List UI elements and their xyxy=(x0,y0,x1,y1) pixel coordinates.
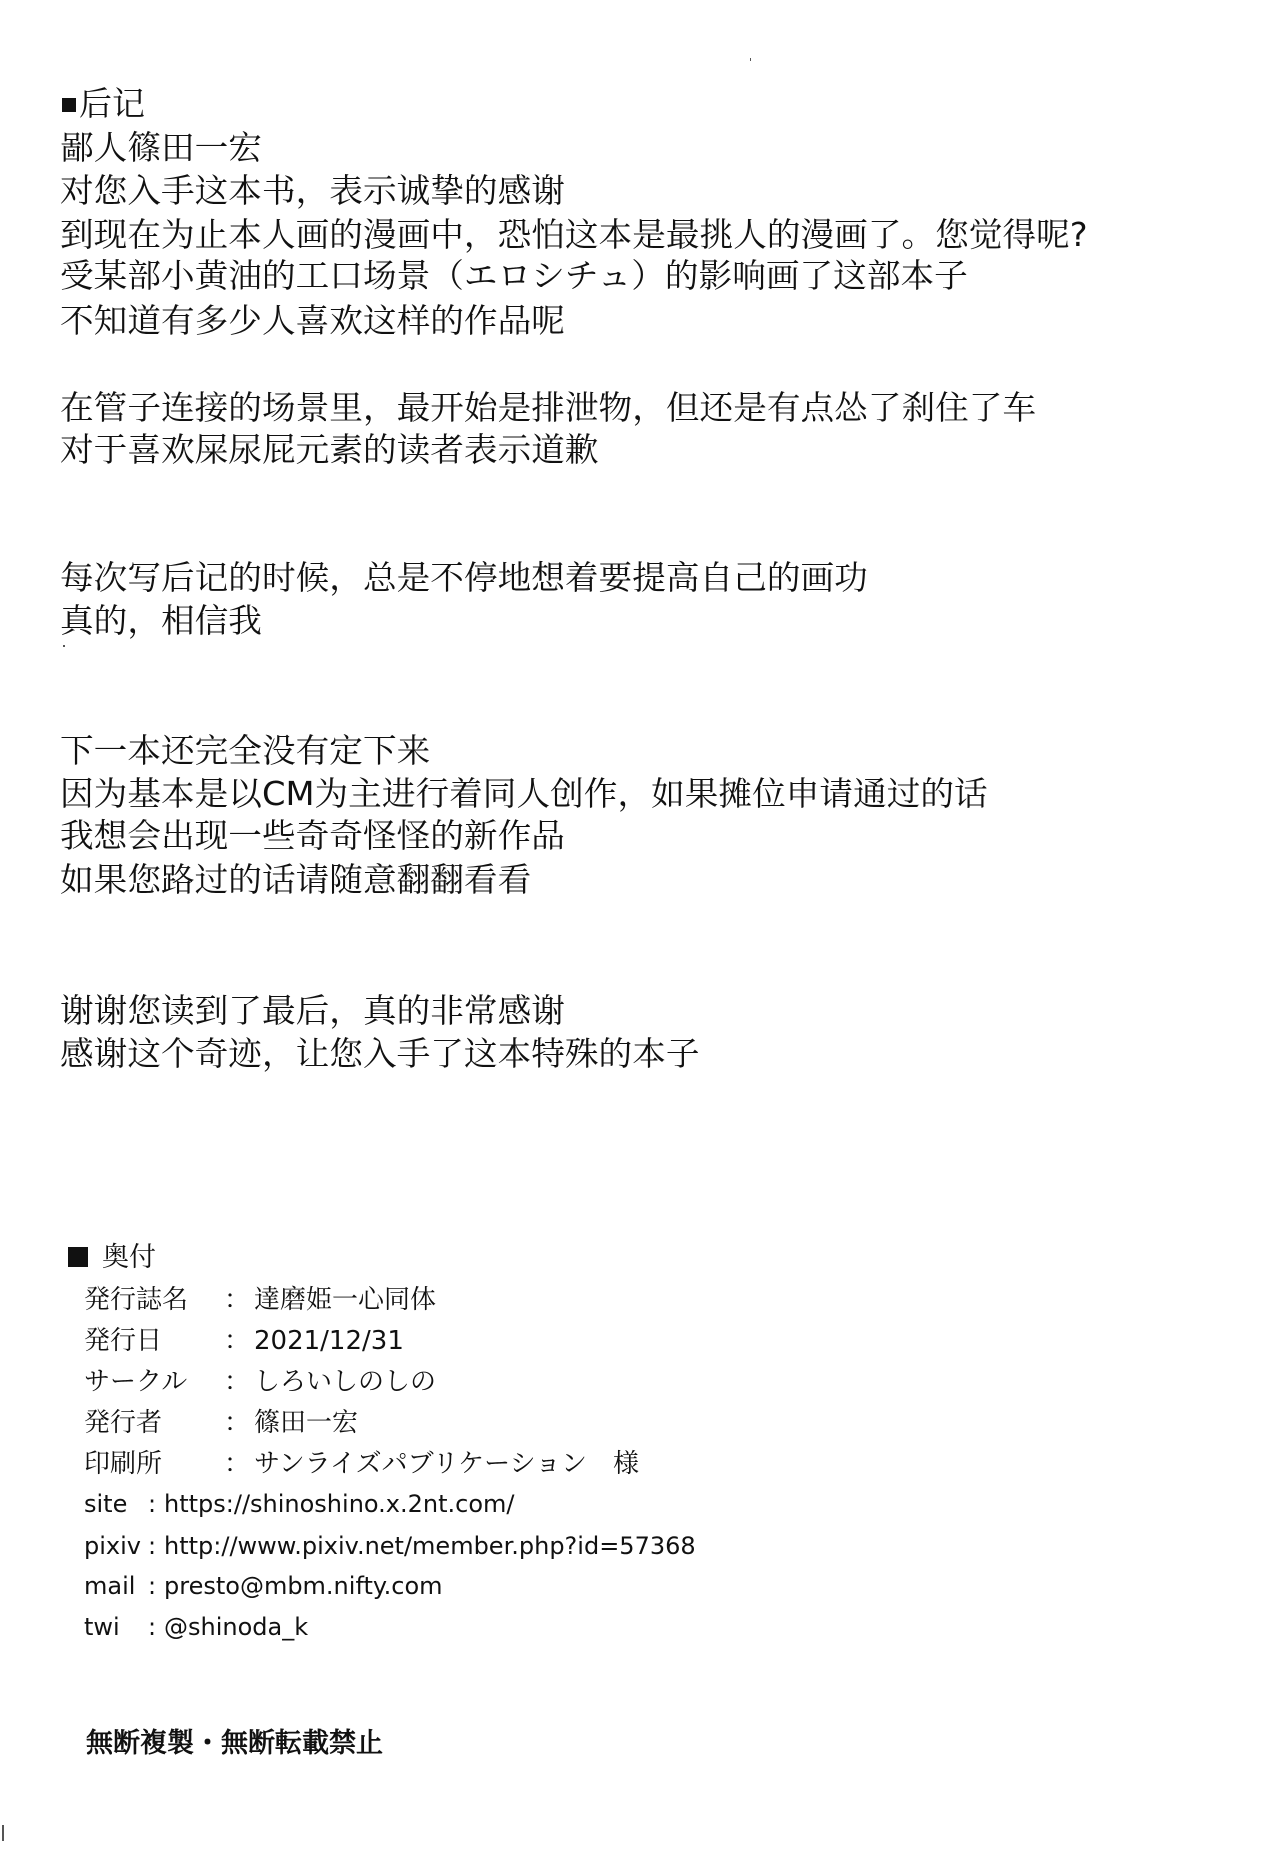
twitter-handle: @shinoda_k xyxy=(164,1611,308,1643)
colophon-value: 達磨姫一心同体 xyxy=(254,1283,436,1317)
colophon-label: 発行日 xyxy=(84,1324,162,1358)
colophon-label: 発行者 xyxy=(84,1406,162,1440)
link-separator: : xyxy=(148,1611,156,1643)
link-label: mail xyxy=(84,1570,135,1602)
scan-speck xyxy=(750,58,751,61)
afterword-line: 因为基本是以CM为主进行着同人创作，如果摊位申请通过的话 xyxy=(60,774,988,814)
link-label: site xyxy=(84,1488,127,1520)
mail-address: presto@mbm.nifty.com xyxy=(164,1570,443,1602)
colophon-separator: ： xyxy=(224,1324,250,1358)
colophon-label: サークル xyxy=(84,1365,187,1399)
afterword-line: 感谢这个奇迹，让您入手了这本特殊的本子 xyxy=(60,1034,700,1074)
link-label: pixiv xyxy=(84,1530,141,1562)
link-separator: : xyxy=(148,1530,156,1562)
colophon-heading: 奥付 xyxy=(68,1240,156,1276)
colophon-label: 印刷所 xyxy=(84,1447,162,1481)
pixiv-url: http://www.pixiv.net/member.php?id=57368 xyxy=(164,1530,696,1562)
afterword-line: 受某部小黄油的工口场景（エロシチュ）的影响画了这部本子 xyxy=(60,256,968,296)
afterword-line: 如果您路过的话请随意翻翻看看 xyxy=(60,860,531,900)
link-separator: : xyxy=(148,1570,156,1602)
colophon-value: 篠田一宏 xyxy=(254,1406,358,1440)
scanned-page: 后记 鄙人篠田一宏 对您入手这本书，表示诚挚的感谢 到现在为止本人画的漫画中，恐… xyxy=(0,0,1280,1857)
afterword-line: 对于喜欢屎尿屁元素的读者表示道歉 xyxy=(60,430,599,470)
colophon-separator: ： xyxy=(224,1283,250,1317)
scan-edge-mark xyxy=(2,1825,4,1841)
afterword-line: 每次写后记的时候，总是不停地想着要提高自己的画功 xyxy=(60,558,868,598)
colophon-value: しろいしのしの xyxy=(254,1365,436,1399)
square-bullet-icon xyxy=(62,98,76,112)
colophon-separator: ： xyxy=(224,1365,250,1399)
afterword-line: 在管子连接的场景里，最开始是排泄物，但还是有点怂了刹住了车 xyxy=(60,388,1036,428)
afterword-line: 不知道有多少人喜欢这样的作品呢 xyxy=(60,301,565,341)
afterword-line: 鄙人篠田一宏 xyxy=(60,128,262,168)
afterword-line: 谢谢您读到了最后，真的非常感谢 xyxy=(60,991,565,1031)
colophon-separator: ： xyxy=(224,1447,250,1481)
colophon-value: サンライズパブリケーション 様 xyxy=(254,1447,639,1481)
afterword-heading: 后记 xyxy=(62,84,145,124)
afterword-line: 我想会出现一些奇奇怪怪的新作品 xyxy=(60,816,565,856)
afterword-line: 真的，相信我 xyxy=(60,601,262,641)
afterword-heading-text: 后记 xyxy=(79,84,145,123)
afterword-line: 对您入手这本书，表示诚挚的感谢 xyxy=(60,171,565,211)
square-bullet-icon xyxy=(68,1247,88,1267)
scan-speck xyxy=(63,645,65,647)
colophon-label: 発行誌名 xyxy=(84,1283,188,1317)
copyright-notice: 無断複製・無断転載禁止 xyxy=(86,1726,383,1762)
link-separator: : xyxy=(148,1488,156,1520)
link-label: twi xyxy=(84,1611,120,1643)
colophon-heading-text: 奥付 xyxy=(102,1242,156,1273)
afterword-line: 到现在为止本人画的漫画中，恐怕这本是最挑人的漫画了。您觉得呢? xyxy=(60,215,1088,255)
afterword-line: 下一本还完全没有定下来 xyxy=(60,731,430,771)
site-url: https://shinoshino.x.2nt.com/ xyxy=(164,1488,514,1520)
colophon-separator: ： xyxy=(224,1406,250,1440)
colophon-value: 2021/12/31 xyxy=(254,1324,404,1358)
